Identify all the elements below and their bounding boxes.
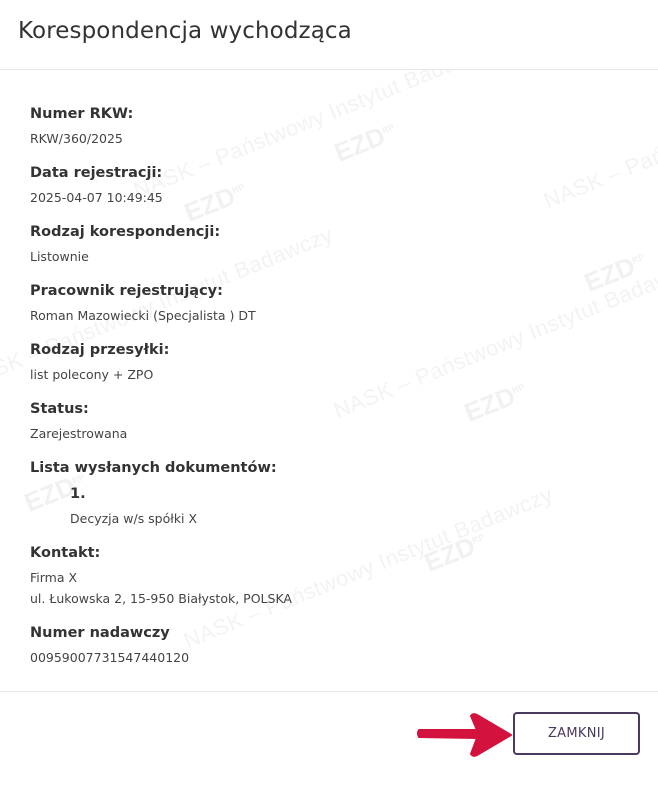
contact-address: ul. Łukowska 2, 15-950 Białystok, POLSKA [30, 588, 292, 609]
watermark-text: NASK – Państwowy Instytut Badawczy [540, 70, 658, 214]
field-kontakt: Kontakt: Firma X ul. Łukowska 2, 15-950 … [30, 543, 292, 609]
field-value: RKW/360/2025 [30, 128, 292, 149]
field-label: Status: [30, 399, 292, 419]
document-number: 1. [70, 484, 292, 504]
watermark-logo: EZDRP [460, 376, 531, 429]
document-name: Decyzja w/s spółki X [70, 508, 292, 529]
field-value: 2025-04-07 10:49:45 [30, 187, 292, 208]
field-value: Listownie [30, 246, 292, 267]
field-label: Rodzaj korespondencji: [30, 222, 292, 242]
field-status: Status: Zarejestrowana [30, 399, 292, 444]
watermark-logo: EZDRP [330, 116, 401, 169]
field-label: Numer nadawczy [30, 623, 292, 643]
watermark-logo: EZDRP [580, 246, 651, 299]
document-list: 1. Decyzja w/s spółki X [30, 484, 292, 529]
contact-name: Firma X [30, 567, 292, 588]
field-label: Numer RKW: [30, 104, 292, 124]
field-pracownik: Pracownik rejestrujący: Roman Mazowiecki… [30, 281, 292, 326]
dialog-header: Korespondencja wychodząca [0, 0, 658, 70]
close-button[interactable]: ZAMKNIJ [513, 712, 640, 755]
field-label: Kontakt: [30, 543, 292, 563]
watermark-text: NASK – Państwowy Instytut Badawczy [330, 252, 658, 424]
field-label: Data rejestracji: [30, 163, 292, 183]
annotation-arrow-icon [415, 710, 515, 760]
field-dokumenty: Lista wysłanych dokumentów: 1. Decyzja w… [30, 458, 292, 529]
field-value: Roman Mazowiecki (Specjalista ) DT [30, 305, 292, 326]
dialog-body: Numer RKW: RKW/360/2025 Data rejestracji… [30, 104, 292, 682]
field-numer-rkw: Numer RKW: RKW/360/2025 [30, 104, 292, 149]
field-rodzaj-korespondencji: Rodzaj korespondencji: Listownie [30, 222, 292, 267]
dialog-title: Korespondencja wychodząca [18, 18, 352, 44]
field-data-rejestracji: Data rejestracji: 2025-04-07 10:49:45 [30, 163, 292, 208]
field-label: Lista wysłanych dokumentów: [30, 458, 292, 478]
field-label: Pracownik rejestrujący: [30, 281, 292, 301]
watermark-logo: EZDRP [420, 526, 491, 579]
field-numer-nadawczy: Numer nadawczy 00959007731547440120 [30, 623, 292, 668]
field-value: 00959007731547440120 [30, 647, 292, 668]
field-value: Zarejestrowana [30, 423, 292, 444]
field-rodzaj-przesylki: Rodzaj przesyłki: list polecony + ZPO [30, 340, 292, 385]
field-label: Rodzaj przesyłki: [30, 340, 292, 360]
field-value: list polecony + ZPO [30, 364, 292, 385]
